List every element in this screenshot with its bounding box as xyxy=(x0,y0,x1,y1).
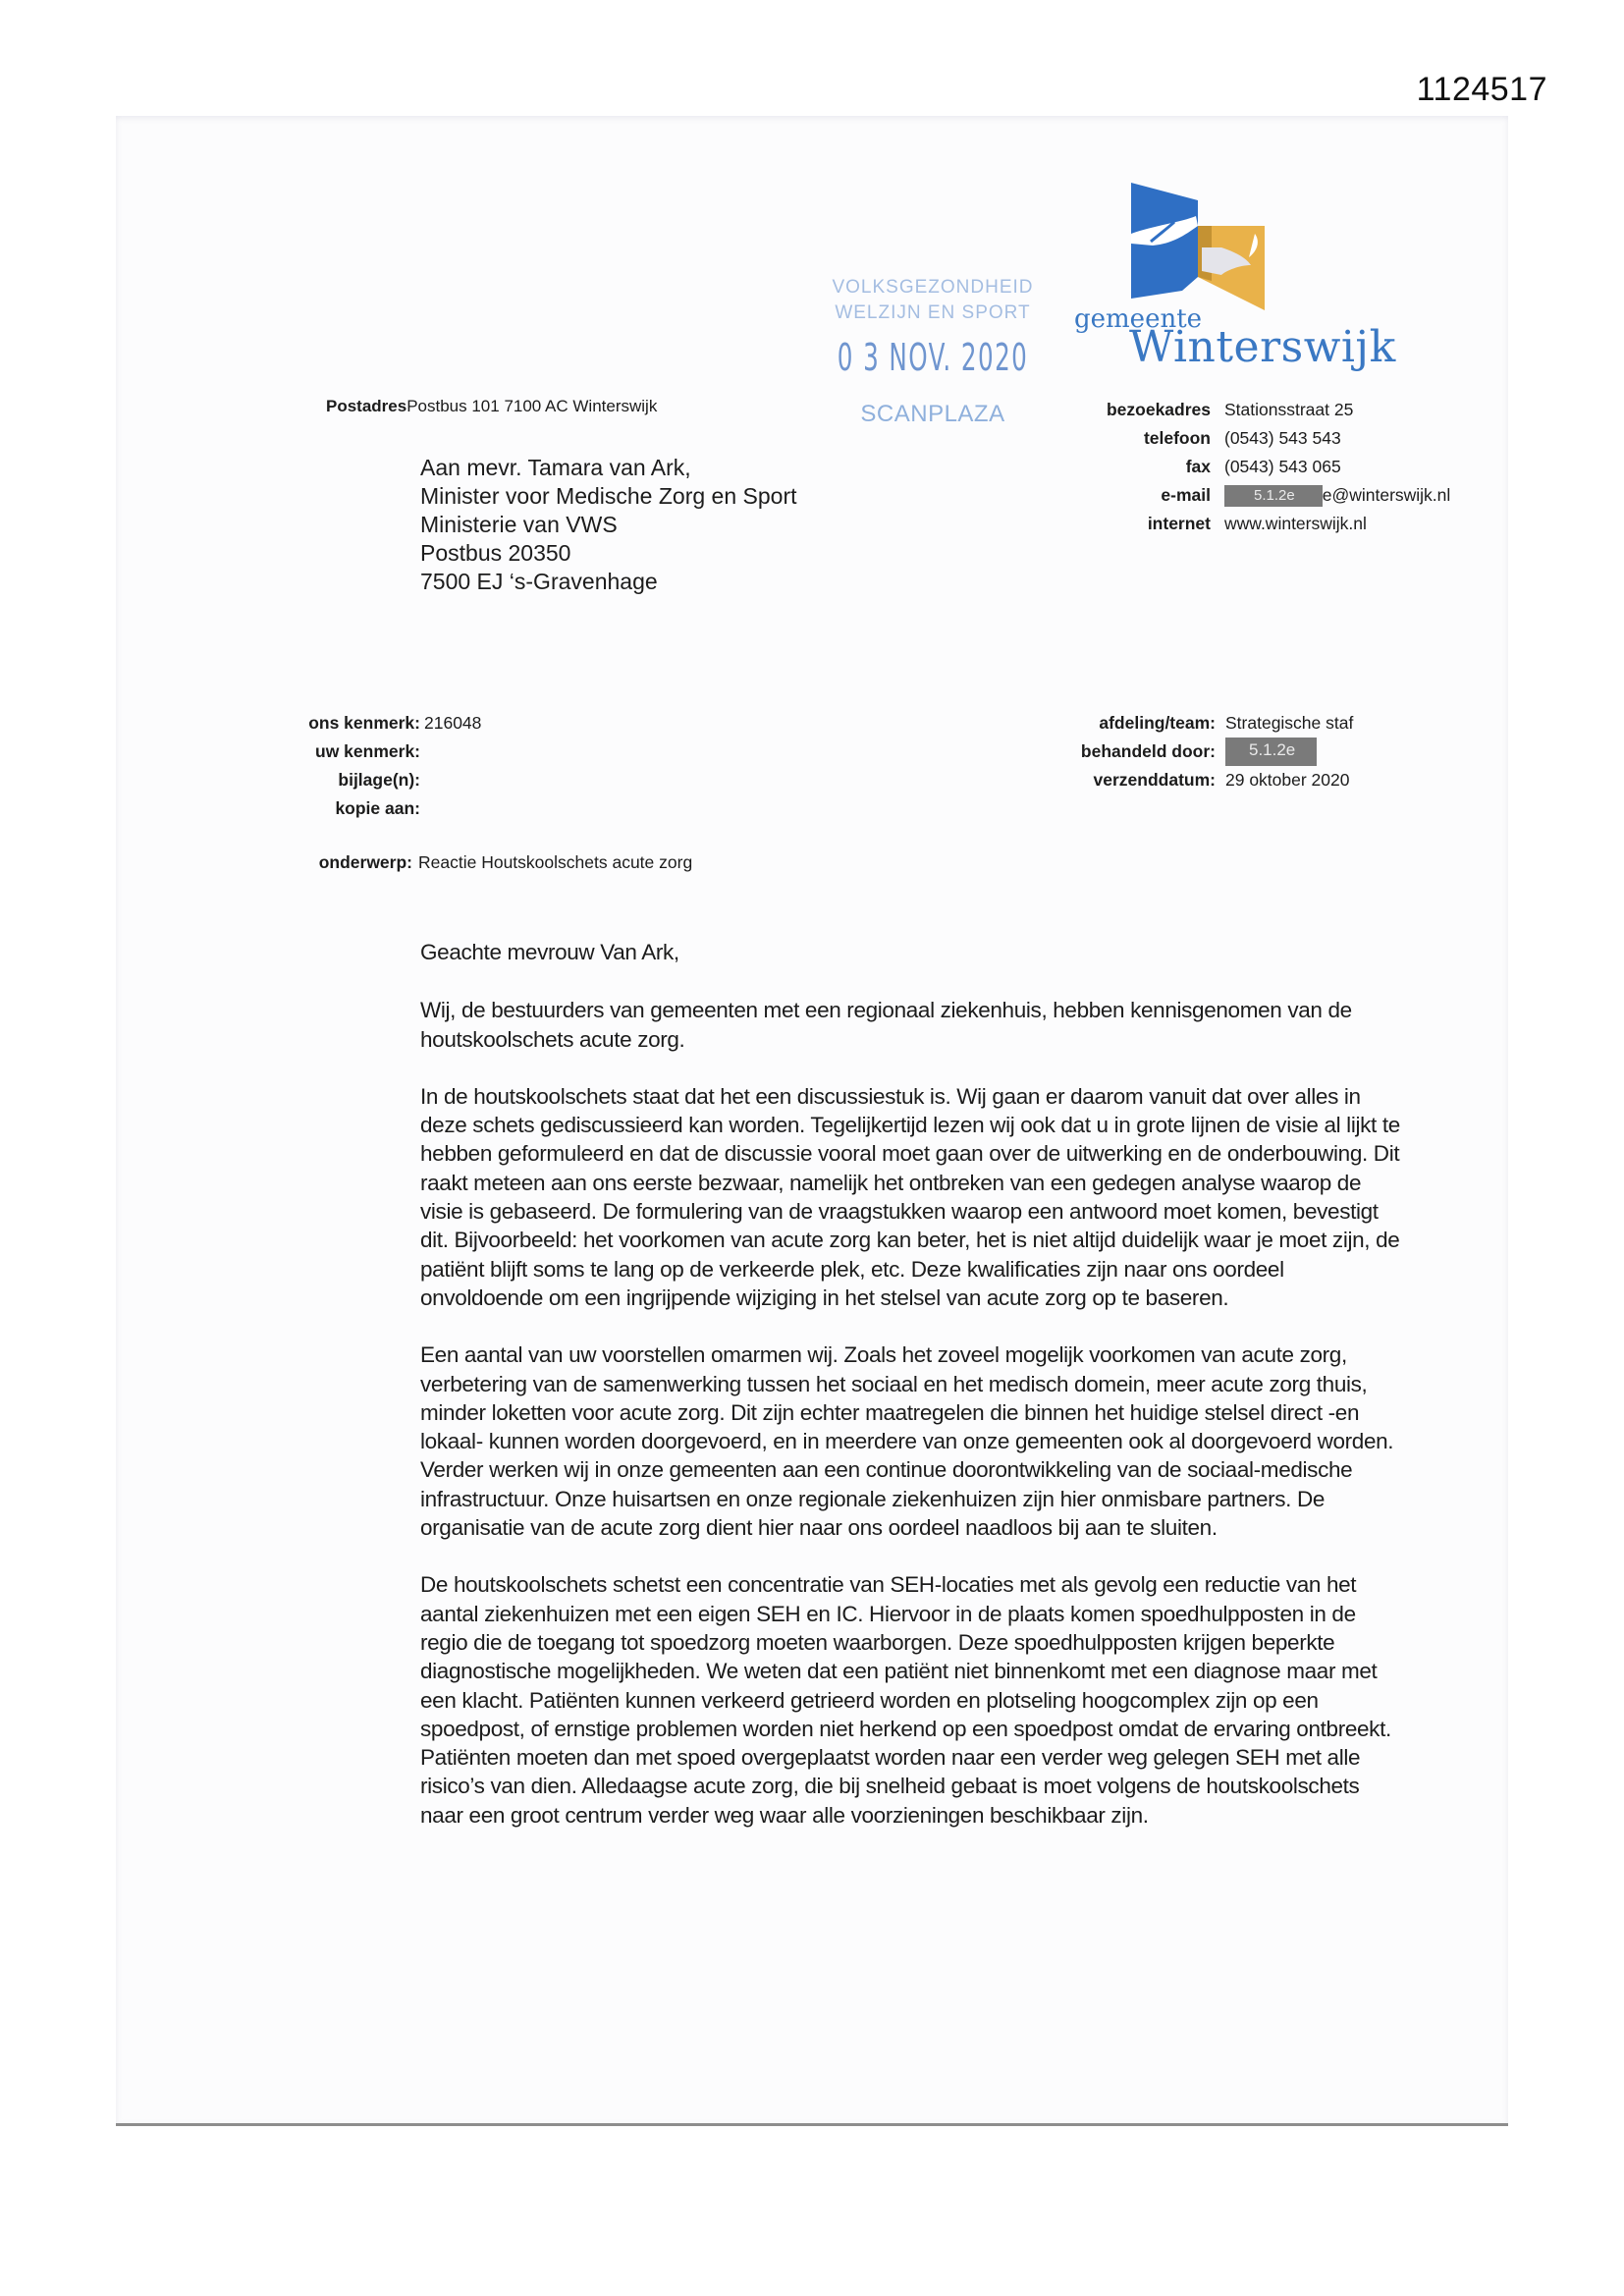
letter-paragraph: In de houtskoolschets staat dat het een … xyxy=(420,1082,1402,1312)
subject-line: onderwerp:Reactie Houtskoolschets acute … xyxy=(295,852,692,873)
afdeling-label: afdeling/team: xyxy=(1051,709,1225,738)
internet-label: internet xyxy=(1070,510,1224,538)
subject-value: Reactie Houtskoolschets acute zorg xyxy=(418,852,692,872)
bijlagen-row: bijlage(n): xyxy=(295,766,481,794)
recipient-line: 7500 EJ ‘s-Gravenhage xyxy=(420,568,797,596)
uw-kenmerk-label: uw kenmerk xyxy=(315,741,414,761)
handling-details: afdeling/team: Strategische staf behande… xyxy=(1051,709,1353,794)
kopie-aan-label: kopie aan xyxy=(335,798,414,818)
contact-row-bezoekadres: bezoekadres Stationsstraat 25 xyxy=(1070,396,1450,424)
letter-paragraph: Een aantal van uw voorstellen omarmen wi… xyxy=(420,1340,1402,1542)
contact-row-email: e-mail 5.1.2ee@winterswijk.nl xyxy=(1070,481,1450,510)
logo-text-winterswijk: Winterswijk xyxy=(1129,322,1396,372)
uw-kenmerk-row: uw kenmerk: xyxy=(295,738,481,766)
verzenddatum-value: 29 oktober 2020 xyxy=(1225,766,1350,794)
email-label: e-mail xyxy=(1070,481,1224,510)
letter-body: Geachte mevrouw Van Ark, Wij, de bestuur… xyxy=(420,938,1402,1858)
municipality-logo: gemeente Winterswijk xyxy=(1068,183,1392,379)
kopie-aan-row: kopie aan: xyxy=(295,794,481,823)
email-redaction: 5.1.2e xyxy=(1224,485,1323,507)
postadres-value: Postbus 101 7100 AC Winterswijk xyxy=(406,397,657,415)
recipient-line: Postbus 20350 xyxy=(420,539,797,568)
behandeld-door-label: behandeld door: xyxy=(1051,738,1225,766)
ons-kenmerk-label: ons kenmerk xyxy=(308,713,414,733)
bezoekadres-label: bezoekadres xyxy=(1070,396,1224,424)
stamp-ministry-line1: VOLKSGEZONDHEID xyxy=(785,275,1080,301)
stamp-ministry-line2: WELZIJN EN SPORT xyxy=(785,301,1080,326)
afdeling-value: Strategische staf xyxy=(1225,709,1353,738)
fax-label: fax xyxy=(1070,453,1224,481)
behandeld-door-row: behandeld door: 5.1.2e xyxy=(1051,738,1353,766)
bijlagen-label: bijlage(n) xyxy=(338,770,414,790)
received-stamp: VOLKSGEZONDHEID WELZIJN EN SPORT 0 3 NOV… xyxy=(785,275,1080,428)
contact-row-fax: fax (0543) 543 065 xyxy=(1070,453,1450,481)
behandeld-door-redaction: 5.1.2e xyxy=(1225,738,1317,766)
recipient-line: Aan mevr. Tamara van Ark, xyxy=(420,454,797,482)
sender-contact-details: bezoekadres Stationsstraat 25 telefoon (… xyxy=(1070,396,1450,538)
verzenddatum-row: verzenddatum: 29 oktober 2020 xyxy=(1051,766,1353,794)
bezoekadres-value: Stationsstraat 25 xyxy=(1224,396,1353,424)
sender-postal-address: PostadresPostbus 101 7100 AC Winterswijk xyxy=(326,397,657,416)
postadres-label: Postadres xyxy=(326,397,406,415)
telefoon-value: (0543) 543 543 xyxy=(1224,424,1341,453)
recipient-line: Ministerie van VWS xyxy=(420,511,797,539)
stamp-location: SCANPLAZA xyxy=(785,401,1080,428)
kopie-aan-value xyxy=(420,794,424,823)
document-id: 1124517 xyxy=(1417,71,1547,109)
uw-kenmerk-value xyxy=(420,738,424,766)
contact-row-internet: internet www.winterswijk.nl xyxy=(1070,510,1450,538)
subject-label: onderwerp: xyxy=(295,852,412,873)
reference-details: ons kenmerk: 216048 uw kenmerk: bijlage(… xyxy=(295,709,481,823)
internet-value: www.winterswijk.nl xyxy=(1224,510,1367,538)
bijlagen-value xyxy=(420,766,424,794)
verzenddatum-label: verzenddatum: xyxy=(1051,766,1225,794)
letter-paragraph: Wij, de bestuurders van gemeenten met ee… xyxy=(420,996,1402,1054)
contact-row-telefoon: telefoon (0543) 543 543 xyxy=(1070,424,1450,453)
email-value: e@winterswijk.nl xyxy=(1323,485,1451,505)
letter-paragraph: De houtskoolschets schetst een concentra… xyxy=(420,1570,1402,1830)
ons-kenmerk-row: ons kenmerk: 216048 xyxy=(295,709,481,738)
winterswijk-flag-icon xyxy=(1123,183,1290,320)
recipient-address: Aan mevr. Tamara van Ark, Minister voor … xyxy=(420,454,797,596)
ons-kenmerk-value: 216048 xyxy=(420,709,481,738)
telefoon-label: telefoon xyxy=(1070,424,1224,453)
recipient-line: Minister voor Medische Zorg en Sport xyxy=(420,482,797,511)
afdeling-row: afdeling/team: Strategische staf xyxy=(1051,709,1353,738)
fax-value: (0543) 543 065 xyxy=(1224,453,1341,481)
stamp-date: 0 3 NOV. 2020 xyxy=(827,336,1039,379)
salutation: Geachte mevrouw Van Ark, xyxy=(420,938,1402,966)
